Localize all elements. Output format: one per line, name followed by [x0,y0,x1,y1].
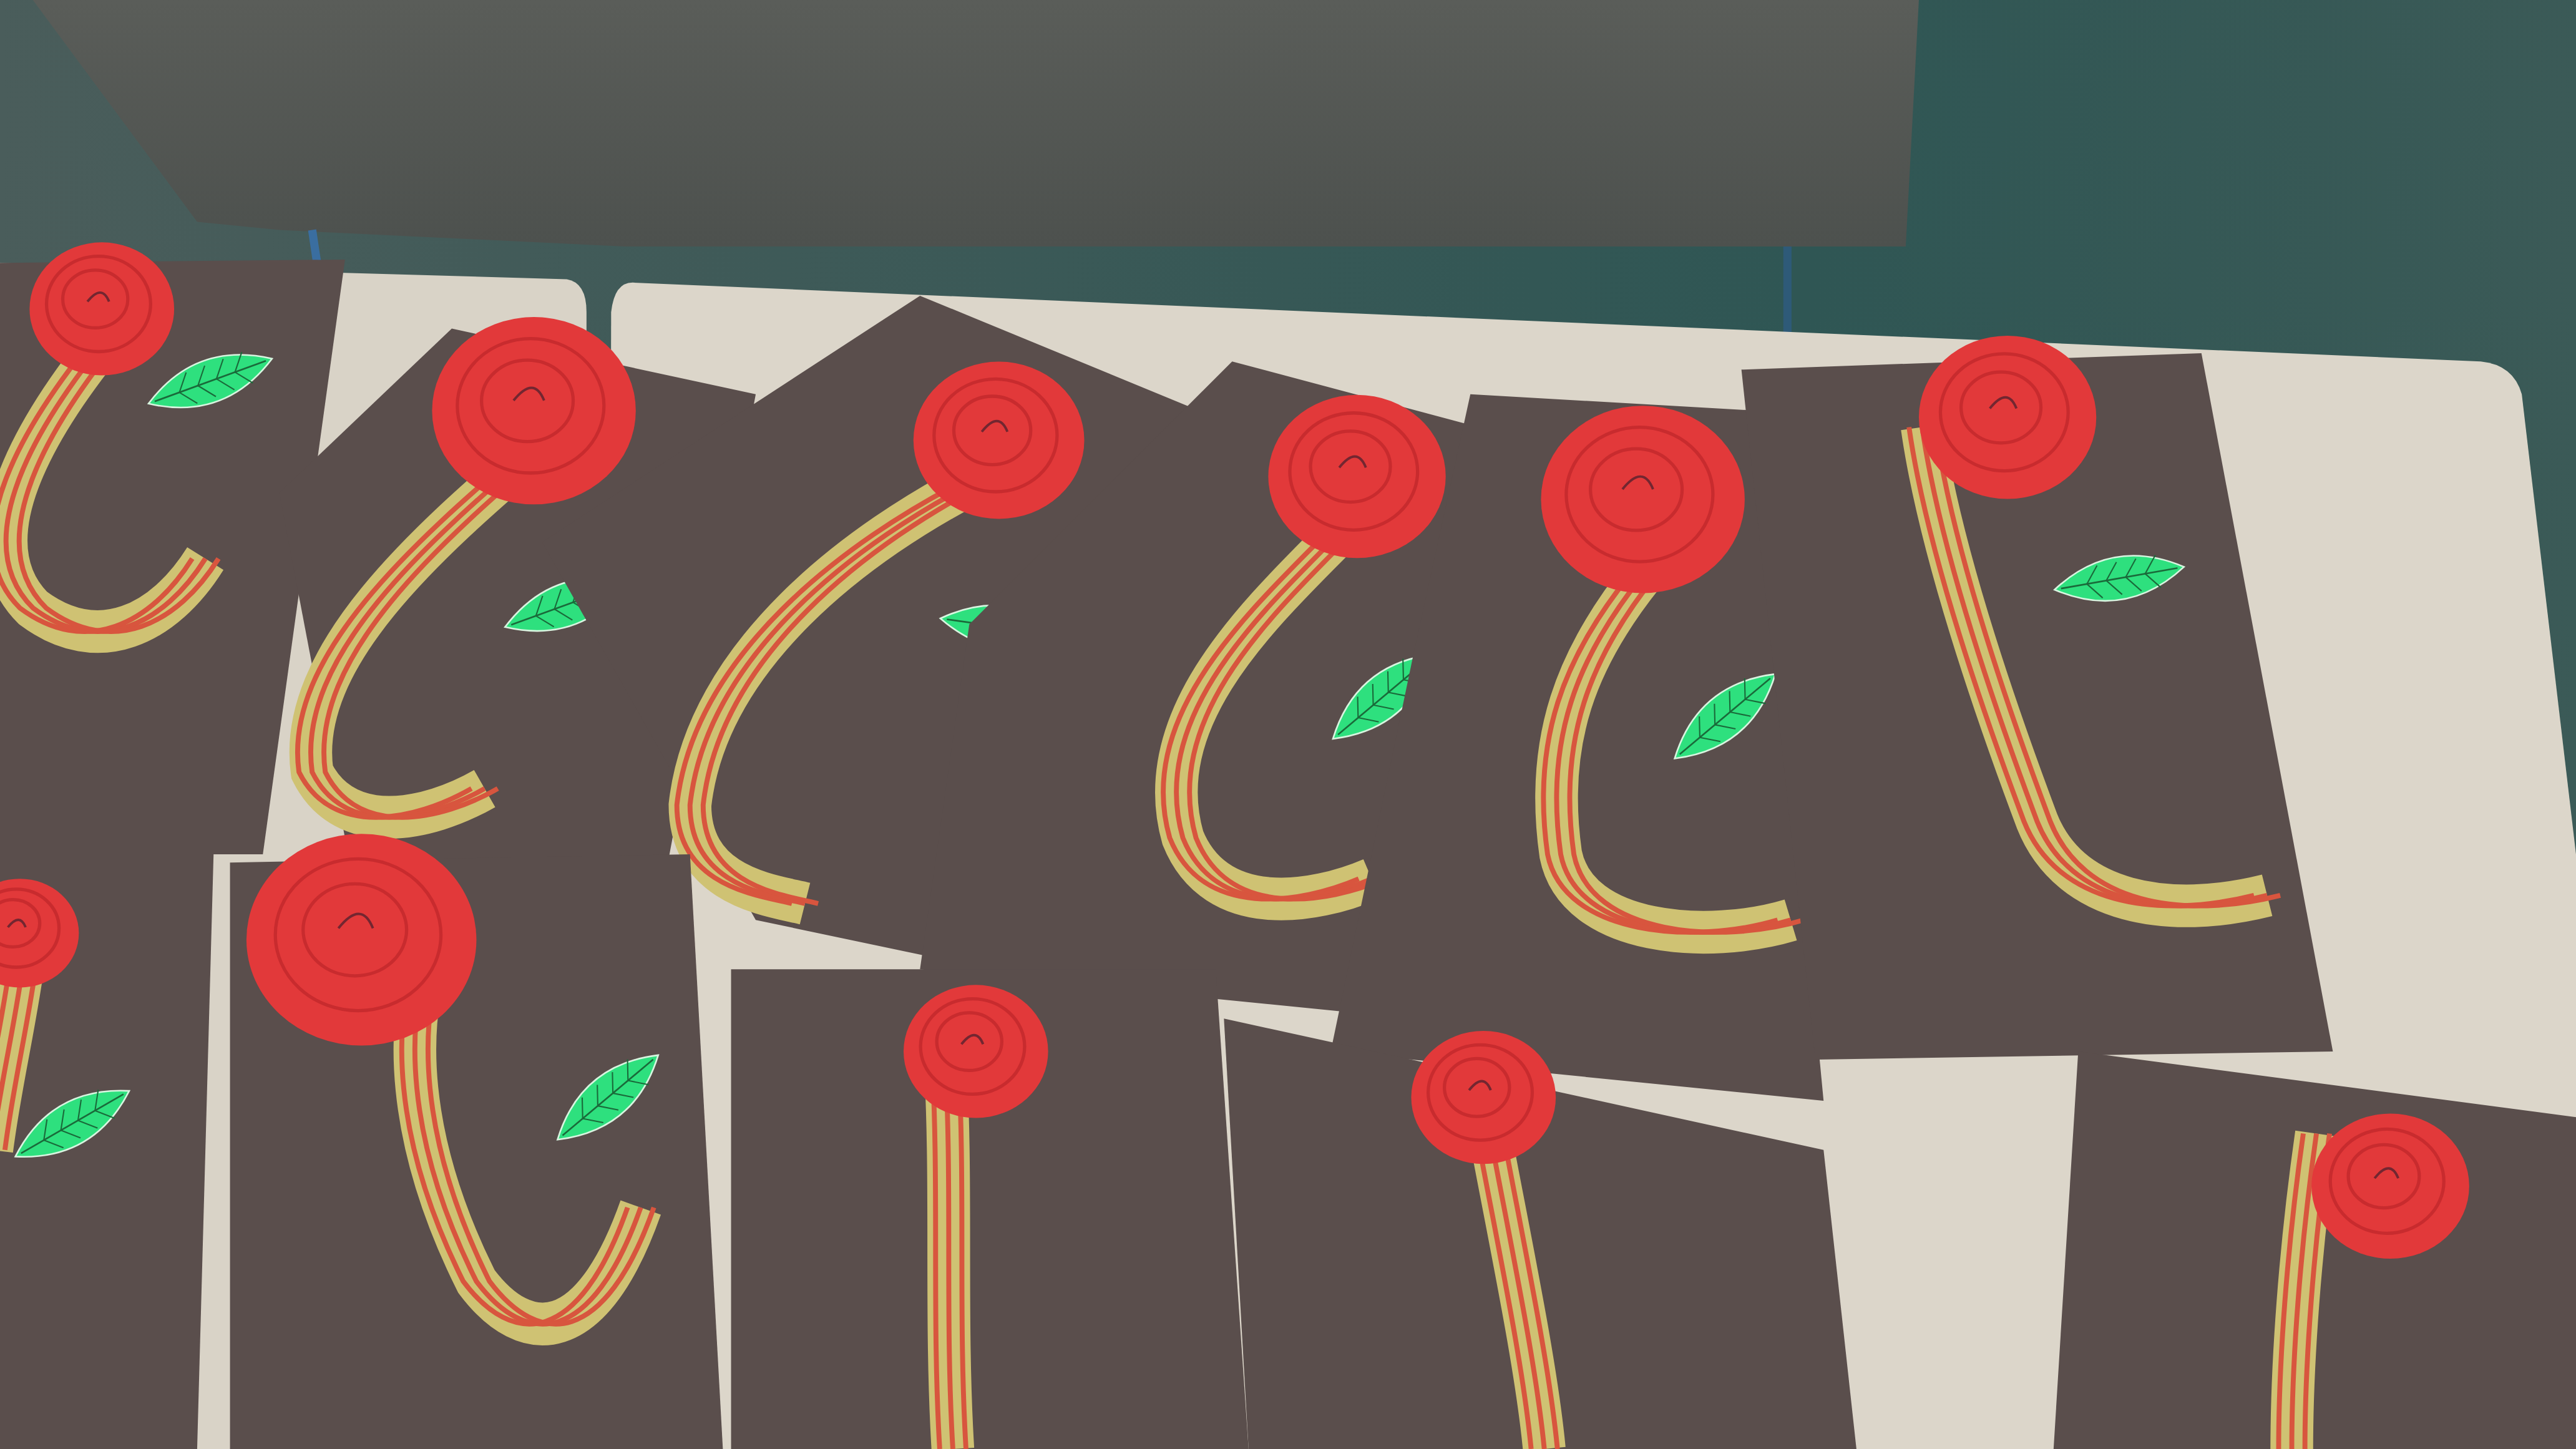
desk-leg [312,230,317,263]
paper-rose-icon [246,834,477,1045]
craft-9 [731,969,1249,1449]
desk-top [33,0,1919,246]
craft-8 [230,834,723,1449]
paper-rose-icon [1268,395,1445,559]
paper-rose-icon [1541,406,1744,593]
paper-rose-icon [904,985,1048,1118]
craft-7 [0,854,213,1449]
paper-rose-icon [1919,336,2096,499]
paper-rose-icon [1411,1031,1556,1164]
paper-rose-icon [2311,1114,2469,1259]
photo-scene [0,0,2576,1449]
crafts-group [0,242,2576,1449]
paper-rose-icon [914,362,1085,519]
paper-rose-icon [432,317,635,504]
craft-11 [2054,1051,2576,1449]
paper-rose-icon [29,242,174,375]
